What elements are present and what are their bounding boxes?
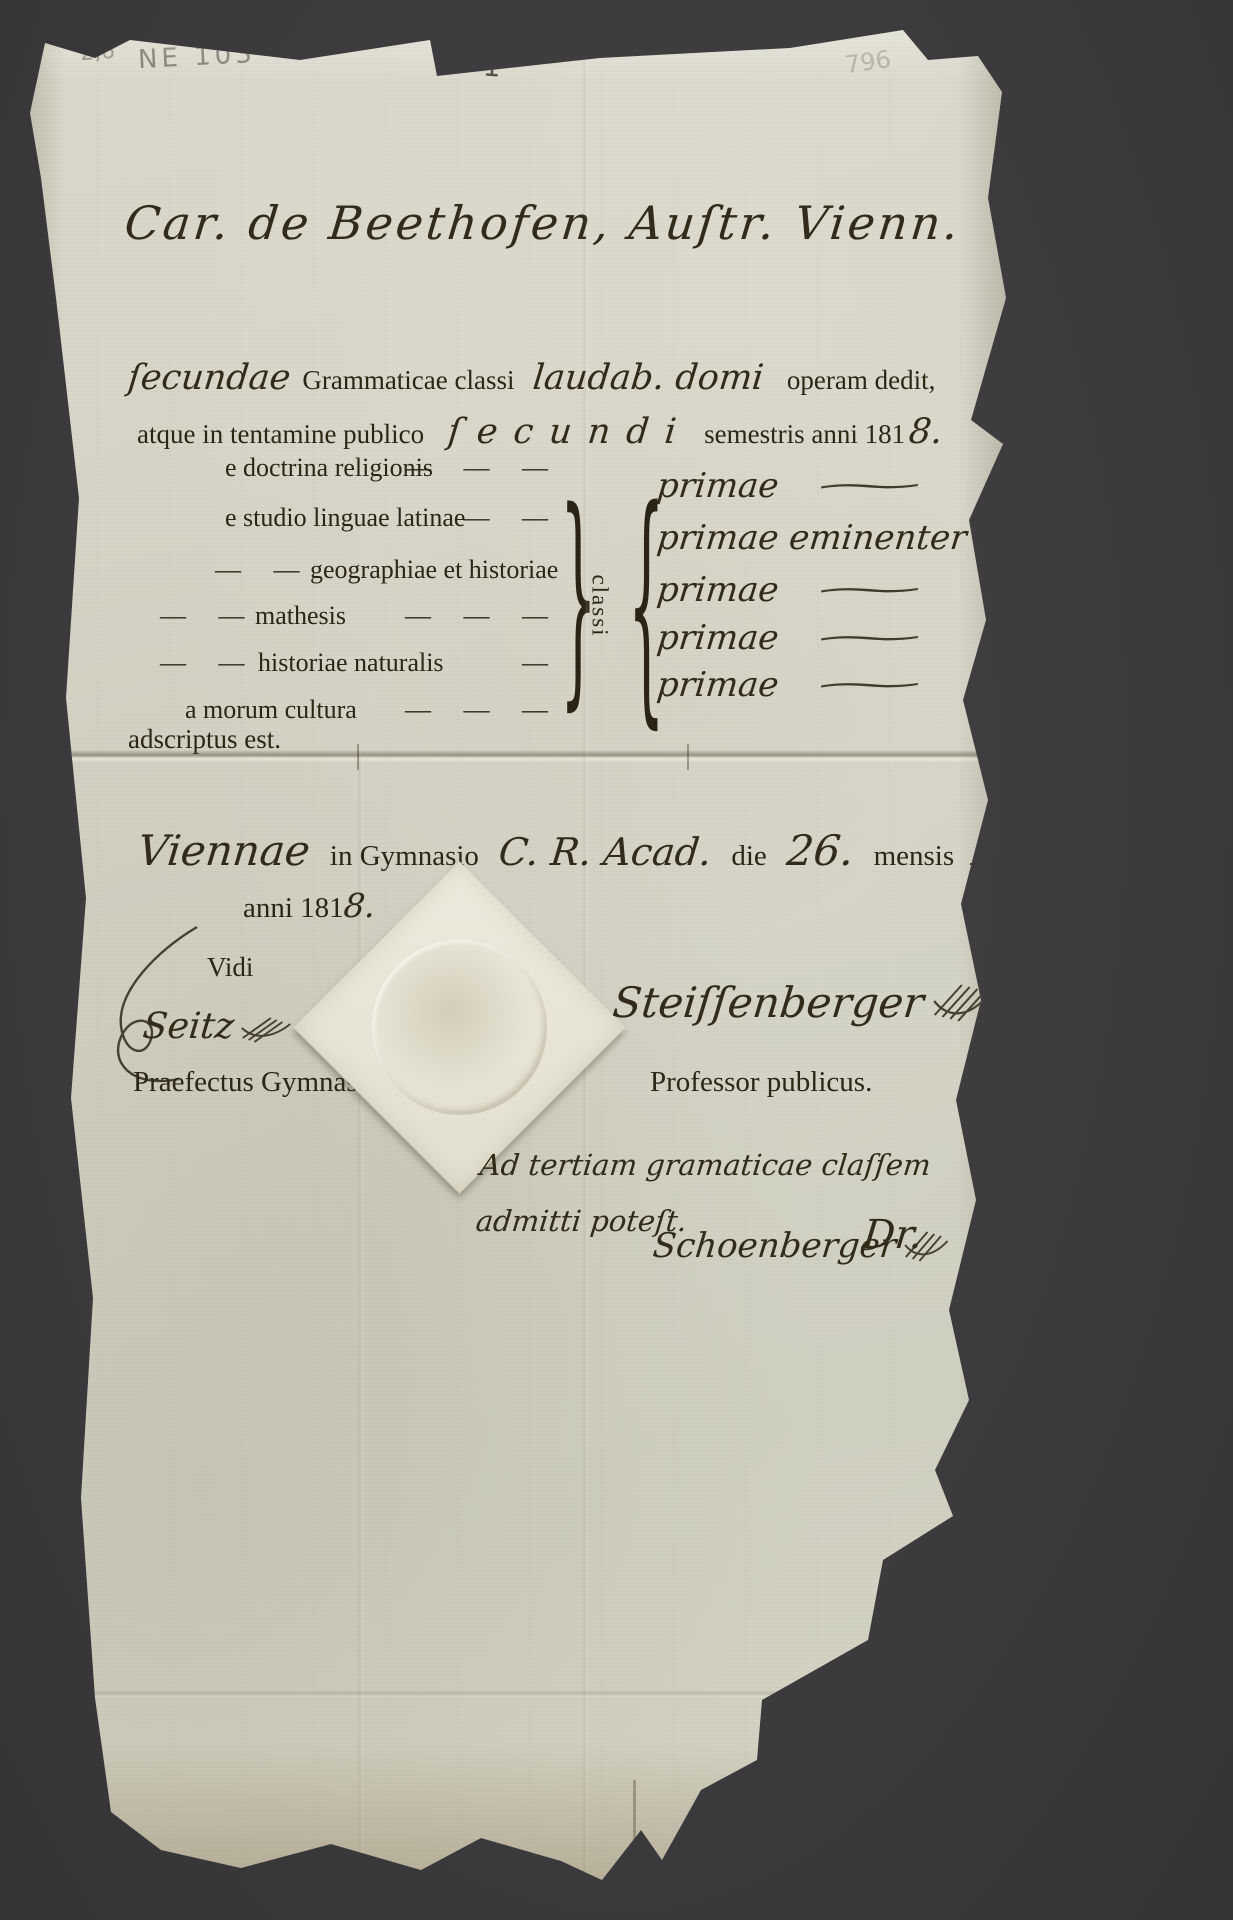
professor-signature: Steiſſenberger (610, 978, 992, 1027)
dateline-hw-month: Aug. (972, 830, 1065, 874)
subject-label: e studio linguae latinae (225, 503, 465, 533)
intro-hw-year-digit: 8. (907, 412, 945, 452)
intro-line-2: atque in tentamine publico ſecundi semes… (137, 412, 943, 452)
flourish-dash: ~ (803, 621, 936, 654)
bottom-tear-line (633, 1780, 636, 1880)
grade-value: primae (655, 466, 781, 506)
dateline-print-mensis: mensis (874, 840, 955, 872)
subject-row: — — geographiae et historiae (160, 555, 548, 591)
subject-row: — — mathesis — — — (160, 601, 548, 637)
vertical-crease (357, 756, 364, 1888)
grade-row: primae eminenter (655, 518, 995, 558)
classi-rotated-label: classi (587, 574, 613, 637)
subject-label: historiae naturalis (258, 648, 444, 678)
flourish-dash: ~ (803, 668, 936, 701)
final-paraph: Dr. (861, 1212, 925, 1258)
dateline-hw-day: 26. (784, 826, 856, 875)
subject-row: — — historiae naturalis — (160, 648, 548, 684)
dateline-hw-viennae: Viennae (135, 826, 312, 875)
leader-dashes: — — — (405, 601, 548, 631)
paraph-scribble-icon (927, 979, 992, 1023)
subject-label: a morum cultura (185, 695, 357, 725)
leader-dashes: — — (160, 648, 245, 678)
grade-value: primae eminenter (655, 518, 969, 558)
grade-row: primae~ (655, 466, 830, 506)
anni-line: anni 1818. (243, 886, 375, 925)
subject-row: e doctrina religionis — — — (160, 453, 548, 489)
grade-row: primae~ (655, 570, 830, 610)
grade-row: primae~ (655, 618, 830, 658)
certificate-paper: 2,6 NE 103 1 796 Car. de Beethofen, Auſt… (25, 28, 1007, 1888)
intro-line-1: ſecundae Grammaticae classi laudab. domi… (128, 358, 935, 398)
pencil-mark-left: 2,6 (79, 39, 116, 66)
intro-print-atque: atque in tentamine publico (137, 419, 424, 449)
pencil-mark-right: 796 (843, 45, 892, 79)
leader-dashes: — — — (405, 695, 548, 725)
prefect-signature-text: Seitz (141, 1006, 236, 1047)
leader-dashes: — — (464, 503, 549, 533)
subject-row: e studio linguae latinae — — (160, 503, 548, 539)
promotion-note-line-1: Ad tertiam gramaticae claſſem (478, 1148, 932, 1182)
intro-print-operam: operam dedit, (787, 365, 935, 395)
flourish-dash: ~ (803, 573, 936, 606)
page-number: 1 (482, 49, 502, 83)
grade-value: primae (655, 618, 781, 658)
intro-hw-laudab: laudab. domi (530, 358, 765, 398)
dateline: Viennae in Gymnasio C. R. Acad. die 26. … (130, 826, 1070, 875)
leader-dashes: — (522, 648, 548, 678)
photo-backdrop: 2,6 NE 103 1 796 Car. de Beethofen, Auſt… (0, 0, 1233, 1920)
intro-print-semestris: semestris anni 181 (704, 419, 905, 449)
prefect-signature: Seitz (141, 1006, 296, 1047)
paraph-scribble-icon (238, 1014, 295, 1044)
vertical-crease (582, 28, 589, 1888)
fold-tear-mark (687, 744, 689, 770)
flourish-dash: ~ (803, 469, 936, 502)
leader-dashes: — — — (405, 453, 548, 483)
dateline-hw-acad: C. R. Acad. (497, 830, 714, 874)
catalog-number: NE 103 (137, 39, 256, 75)
horizontal-fold-crease-2 (25, 1690, 1007, 1698)
professor-signature-text: Steiſſenberger (610, 978, 926, 1027)
grade-value: primae (655, 665, 781, 705)
grade-value: primae (655, 570, 781, 610)
fold-tear-mark (357, 744, 359, 770)
subject-label: geographiae et historiae (310, 555, 558, 585)
leader-dashes: — — (215, 555, 300, 585)
vidi-label: Vidi (207, 952, 253, 983)
intro-hw-secundi: ſecundi (446, 412, 694, 452)
horizontal-fold-crease (25, 750, 1007, 762)
grade-row: primae~ (655, 665, 830, 705)
professor-title: Professor publicus. (650, 1066, 872, 1099)
student-name-heading: Car. de Beethofen, Auſtr. Vienn. (122, 196, 964, 250)
intro-hw-secundae: ſecundae (126, 358, 293, 398)
subject-label: e doctrina religionis (225, 453, 433, 483)
anni-hw-digit: 8. (342, 886, 378, 925)
anni-print: anni 181 (243, 892, 344, 924)
seal-eagle-emboss (372, 940, 547, 1115)
intro-print-grammaticae: Grammaticae classi (302, 365, 514, 395)
leader-dashes: — — (160, 601, 245, 631)
subject-label: mathesis (255, 601, 346, 631)
dateline-print-die: die (731, 840, 766, 872)
